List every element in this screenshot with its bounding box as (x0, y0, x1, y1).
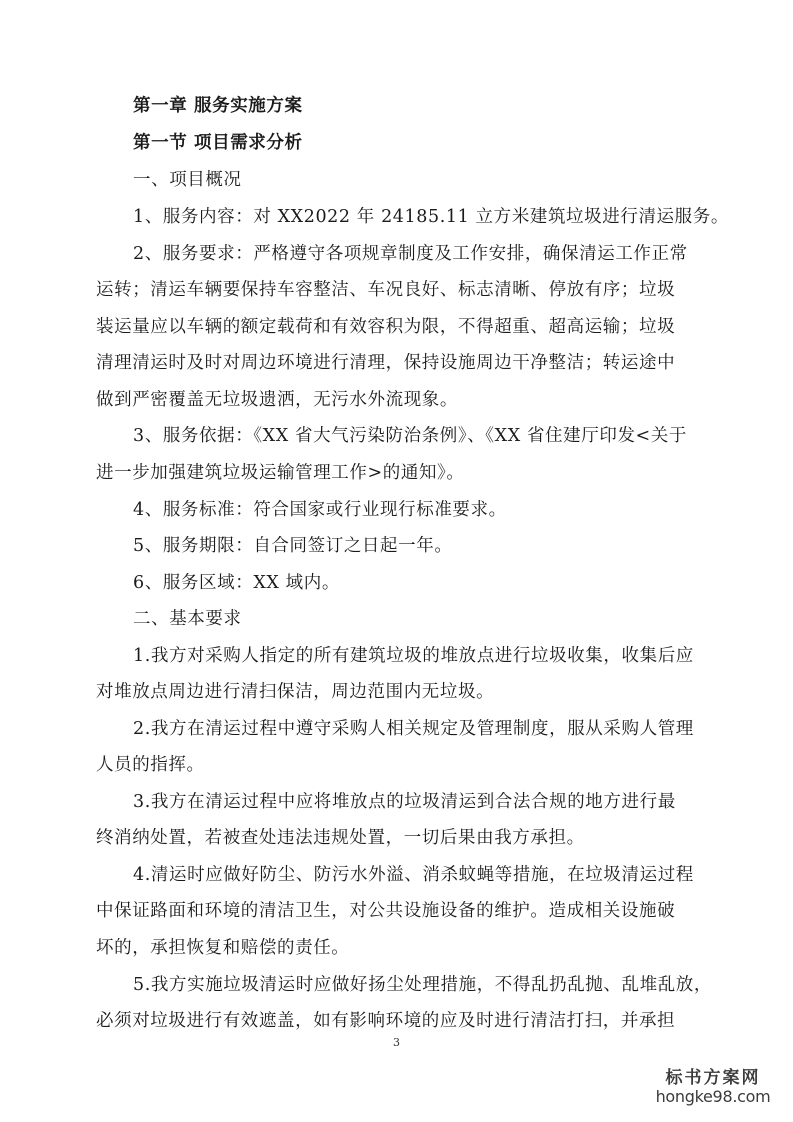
text-line: 运转；清运车辆要保持车容整洁、车况良好、标志清晰、停放有序；垃圾 (96, 272, 675, 309)
text-line: 清理清运时及时对周边环境进行清理，保持设施周边干净整洁；转运途中 (96, 345, 675, 382)
text-line: 终消纳处置，若被查处违法违规处置，一切后果由我方承担。 (96, 820, 585, 857)
text-line: 2.我方在清运过程中遵守采购人相关规定及管理制度，服从采购人管理 (133, 711, 694, 748)
part1-item-6: 6、服务区域：XX 域内。 (133, 565, 340, 602)
part1-heading: 一、项目概况 (133, 162, 242, 199)
part2-heading: 二、基本要求 (133, 601, 242, 638)
chapter-title: 第一章 服务实施方案 (133, 88, 303, 125)
text-line: 人员的指挥。 (96, 747, 205, 784)
text-line: 坏的，承担恢复和赔偿的责任。 (96, 930, 349, 967)
text-line: 4.清运时应做好防尘、防污水外溢、消杀蚊蝇等措施，在垃圾清运过程 (133, 857, 694, 894)
text-line: 中保证路面和环境的清洁卫生，对公共设施设备的维护。造成相关设施破 (96, 893, 675, 930)
page-number: 3 (0, 1036, 793, 1049)
text-line: 1.我方对采购人指定的所有建筑垃圾的堆放点进行垃圾收集，收集后应 (133, 638, 694, 675)
text-line: 对堆放点周边进行清扫保洁，周边范围内无垃圾。 (96, 674, 494, 711)
text-line: 必须对垃圾进行有效遮盖，如有影响环境的应及时进行清洁打扫，并承担 (96, 1003, 675, 1040)
watermark-logo: 标书方案网 hongke98.com (648, 1068, 778, 1106)
text-line: 装运量应以车辆的额定载荷和有效容积为限，不得超重、超高运输；垃圾 (96, 309, 675, 346)
text-line: 进一步加强建筑垃圾运输管理工作>的通知》。 (96, 455, 465, 492)
text-line: 3.我方在清运过程中应将堆放点的垃圾清运到合法合规的地方进行最 (133, 784, 676, 821)
part1-item-4: 4、服务标准：符合国家或行业现行标准要求。 (133, 492, 507, 529)
part1-item-1: 1、服务内容：对 XX2022 年 24185.11 立方米建筑垃圾进行清运服务… (133, 199, 729, 236)
section-title: 第一节 项目需求分析 (133, 125, 303, 162)
part1-item-5: 5、服务期限：自合同签订之日起一年。 (133, 528, 452, 565)
text-line: 3、服务依据：《XX 省大气污染防治条例》、《XX 省住建厅印发<关于 (133, 418, 687, 455)
text-line: 2、服务要求：严格遵守各项规章制度及工作安排，确保清运工作正常 (133, 236, 688, 273)
watermark-cn-text: 标书方案网 (648, 1068, 778, 1088)
text-line: 做到严密覆盖无垃圾遗洒，无污水外流现象。 (96, 382, 458, 419)
text-line: 5.我方实施垃圾清运时应做好扬尘处理措施，不得乱扔乱抛、乱堆乱放， (133, 967, 712, 1004)
watermark-url-text: hongke98.com (648, 1088, 778, 1106)
document-page: 第一章 服务实施方案 第一节 项目需求分析 一、项目概况 1、服务内容：对 XX… (0, 0, 793, 1122)
